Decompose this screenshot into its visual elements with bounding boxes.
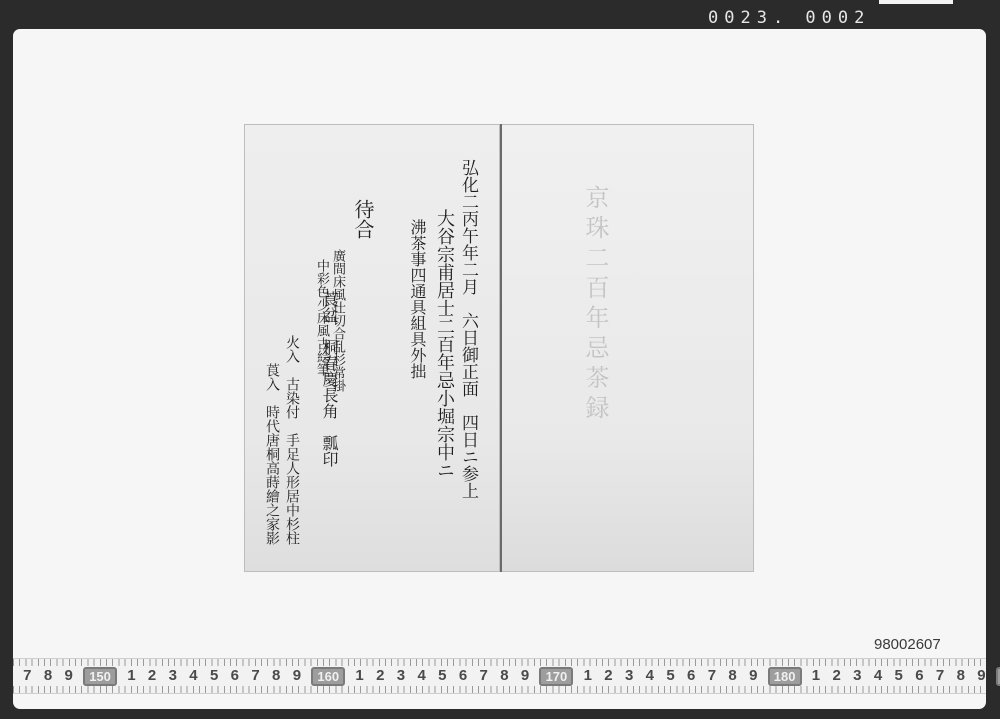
manuscript-column: 弘化二丙午年二月 六日御正面 四日ニ参上	[459, 159, 476, 499]
ruler-label: 6	[453, 667, 474, 686]
manuscript-spread: 弘化二丙午年二月 六日御正面 四日ニ参上大谷宗甫居士二百年忌小堀宗中ニ沸茶事四通…	[244, 124, 754, 574]
manuscript-column: 火入 古染付 手足人形居中杉柱	[285, 335, 299, 545]
manuscript-column: 大谷宗甫居士二百年忌小堀宗中ニ	[435, 209, 453, 479]
ruler-label: 2	[598, 667, 619, 686]
ruler-label: 4	[183, 667, 204, 686]
manuscript-column: 待合	[353, 199, 373, 239]
ruler-label: 4	[640, 667, 661, 686]
ruler-label: 3	[391, 667, 412, 686]
measurement-ruler: 7891501234567891601234567891701234567891…	[13, 658, 986, 694]
ruler-label: 5	[432, 667, 453, 686]
manuscript-column: 沸茶事四通具組具外拙	[409, 219, 425, 379]
ruler-label: 8	[38, 667, 59, 686]
ruler-label: 1	[121, 667, 142, 686]
ruler-label: 6	[681, 667, 702, 686]
ruler-label: 5	[204, 667, 225, 686]
frame-number: 0023. 0002	[708, 8, 870, 28]
ruler-ticks-top	[13, 659, 986, 666]
ruler-label: 9	[743, 667, 764, 686]
ruler-label: 160	[311, 667, 345, 686]
manuscript-column: 莨入 時代唐桐高蒔繪之家影	[265, 363, 279, 545]
ruler-label: 7	[930, 667, 951, 686]
right-page: 京珠二百年忌茶録	[500, 124, 754, 572]
ruler-label: 1	[577, 667, 598, 686]
ruler-label: 1	[349, 667, 370, 686]
ruler-label: 8	[950, 667, 971, 686]
ruler-label: 7	[17, 667, 38, 686]
ruler-label: 8	[722, 667, 743, 686]
ruler-label: 4	[868, 667, 889, 686]
ruler-label: 8	[266, 667, 287, 686]
ruler-label: 9	[287, 667, 308, 686]
ruler-label: 3	[847, 667, 868, 686]
ruler-label: 8	[494, 667, 515, 686]
ruler-label: 5	[660, 667, 681, 686]
top-edge-tab	[879, 0, 953, 4]
book-spine	[500, 124, 502, 572]
ruler-label: 9	[58, 667, 79, 686]
ruler-label: 4	[411, 667, 432, 686]
ruler-label: 9	[971, 667, 992, 686]
ghost-title-text: 京珠二百年忌茶録	[583, 185, 607, 425]
ruler-ticks-bottom	[13, 686, 986, 693]
manuscript-column: 莨盆 桐春慶長角 瓢印	[321, 291, 337, 467]
serial-number: 98002607	[874, 636, 941, 653]
ruler-label: 3	[619, 667, 640, 686]
ruler-label: 2	[826, 667, 847, 686]
ruler-label: 7	[702, 667, 723, 686]
ruler-label: 3	[162, 667, 183, 686]
ruler-label: 170	[539, 667, 573, 686]
ruler-label: 180	[768, 667, 802, 686]
ruler-label: 6	[225, 667, 246, 686]
ruler-label: 2	[142, 667, 163, 686]
ruler-label: 2	[370, 667, 391, 686]
ruler-label: 9	[515, 667, 536, 686]
left-page: 弘化二丙午年二月 六日御正面 四日ニ参上大谷宗甫居士二百年忌小堀宗中ニ沸茶事四通…	[244, 124, 500, 572]
ruler-label: 7	[245, 667, 266, 686]
ruler-label: 150	[83, 667, 117, 686]
ruler-label: 7	[473, 667, 494, 686]
ruler-label: 5	[888, 667, 909, 686]
ruler-label: 190	[996, 667, 1000, 686]
ruler-label: 6	[909, 667, 930, 686]
ruler-labels: 7891501234567891601234567891701234567891…	[17, 667, 986, 686]
ruler-label: 1	[806, 667, 827, 686]
